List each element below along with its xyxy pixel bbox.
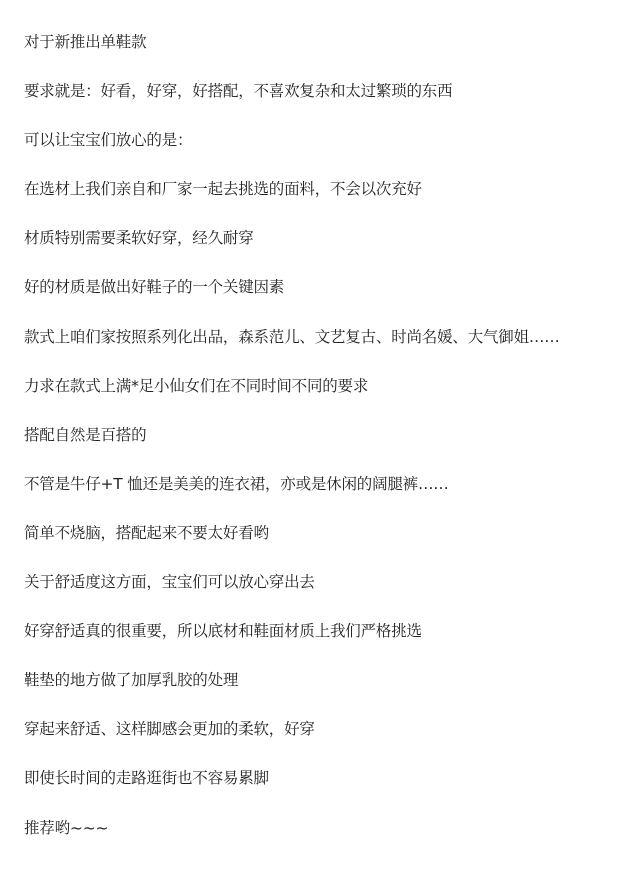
- text-line-feel: 穿起来舒适、这样脚感会更加的柔软，好穿: [24, 717, 610, 741]
- text-line-matching-easy: 简单不烧脑，搭配起来不要太好看哟: [24, 521, 610, 545]
- text-line-comfort: 关于舒适度这方面，宝宝们可以放心穿出去: [24, 570, 610, 594]
- text-line-matching: 搭配自然是百搭的: [24, 423, 610, 447]
- product-description: 对于新推出单鞋款 要求就是：好看，好穿，好搭配，不喜欢复杂和太过繁琐的东西 可以…: [24, 30, 610, 865]
- text-line-material-key: 好的材质是做出好鞋子的一个关键因素: [24, 275, 610, 299]
- text-line-style-goal: 力求在款式上满*足小仙女们在不同时间不同的要求: [24, 374, 610, 398]
- text-line-style-series: 款式上咱们家按照系列化出品，森系范儿、文艺复古、时尚名媛、大气御姐……: [24, 325, 610, 349]
- text-line-assurance-heading: 可以让宝宝们放心的是：: [24, 128, 610, 152]
- text-line-walking: 即使长时间的走路逛街也不容易累脚: [24, 766, 610, 790]
- text-line-recommend: 推荐哟~~~: [24, 816, 610, 840]
- text-line-requirements: 要求就是：好看，好穿，好搭配，不喜欢复杂和太过繁琐的东西: [24, 79, 610, 103]
- text-line-matching-examples: 不管是牛仔+T 恤还是美美的连衣裙，亦或是休闲的阔腿裤……: [24, 472, 610, 496]
- text-line-material-softness: 材质特别需要柔软好穿，经久耐穿: [24, 226, 610, 250]
- text-line-comfort-importance: 好穿舒适真的很重要，所以底材和鞋面材质上我们严格挑选: [24, 619, 610, 643]
- text-line-insole: 鞋垫的地方做了加厚乳胶的处理: [24, 668, 610, 692]
- text-line-intro: 对于新推出单鞋款: [24, 30, 610, 54]
- text-line-material-selection: 在选材上我们亲自和厂家一起去挑选的面料，不会以次充好: [24, 177, 610, 201]
